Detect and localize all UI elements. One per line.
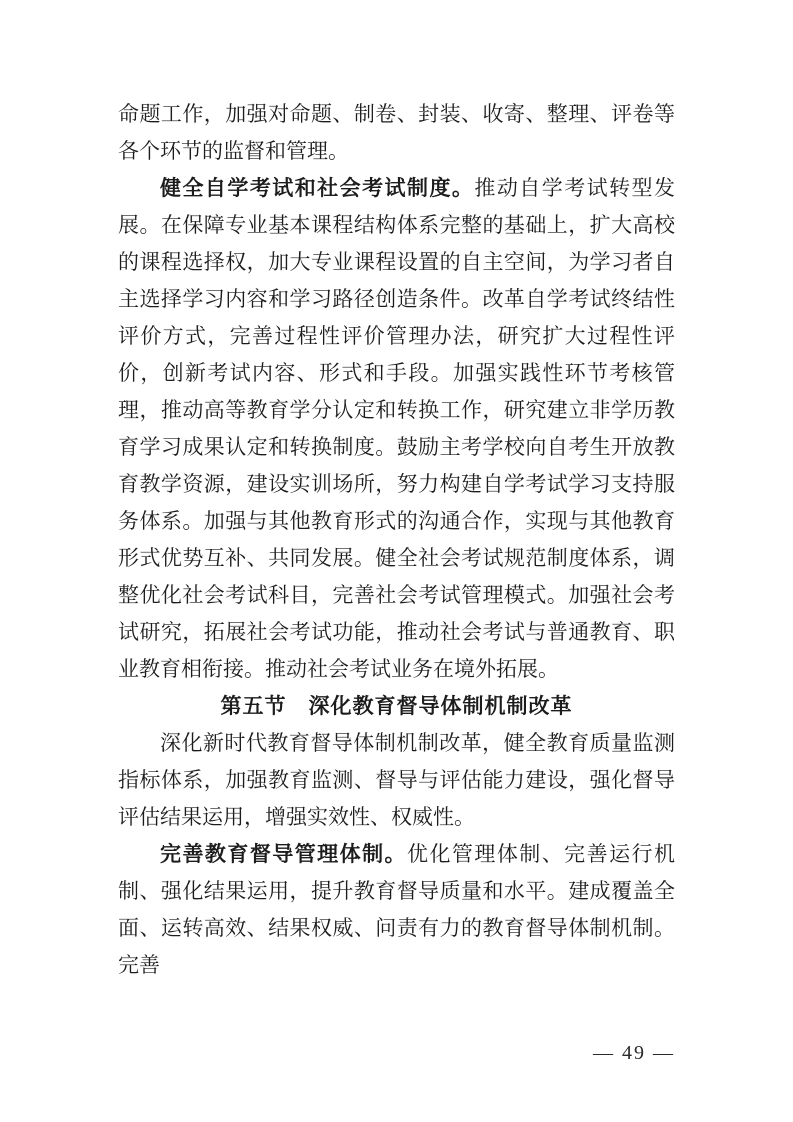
paragraph-self-study-exams: 健全自学考试和社会考试制度。推动自学考试转型发展。在保障专业基本课程结构体系完整…: [118, 170, 675, 688]
paragraph-continuation: 命题工作，加强对命题、制卷、封装、收寄、整理、评卷等各个环节的监督和管理。: [118, 96, 675, 170]
page-number: — 49 —: [593, 1041, 675, 1065]
paragraph-supervision-management: 完善教育督导管理体制。优化管理体制、完善运行机制、强化结果运用，提升教育督导质量…: [118, 836, 675, 984]
paragraph-text: 推动自学考试转型发展。在保障专业基本课程结构体系完整的基础上，扩大高校的课程选择…: [118, 176, 675, 681]
body-text: 命题工作，加强对命题、制卷、封装、收寄、整理、评卷等各个环节的监督和管理。 健全…: [118, 96, 675, 984]
paragraph-text: 命题工作，加强对命题、制卷、封装、收寄、整理、评卷等各个环节的监督和管理。: [118, 102, 675, 163]
paragraph-text: 深化新时代教育督导体制机制改革，健全教育质量监测指标体系，加强教育监测、督导与评…: [118, 731, 675, 829]
paragraph-supervision-reform: 深化新时代教育督导体制机制改革，健全教育质量监测指标体系，加强教育监测、督导与评…: [118, 725, 675, 836]
paragraph-lead-bold: 健全自学考试和社会考试制度。: [160, 176, 474, 200]
paragraph-lead-bold: 完善教育督导管理体制。: [160, 842, 407, 866]
document-page: 命题工作，加强对命题、制卷、封装、收寄、整理、评卷等各个环节的监督和管理。 健全…: [0, 0, 793, 1122]
section-heading: 第五节 深化教育督导体制机制改革: [118, 688, 675, 725]
